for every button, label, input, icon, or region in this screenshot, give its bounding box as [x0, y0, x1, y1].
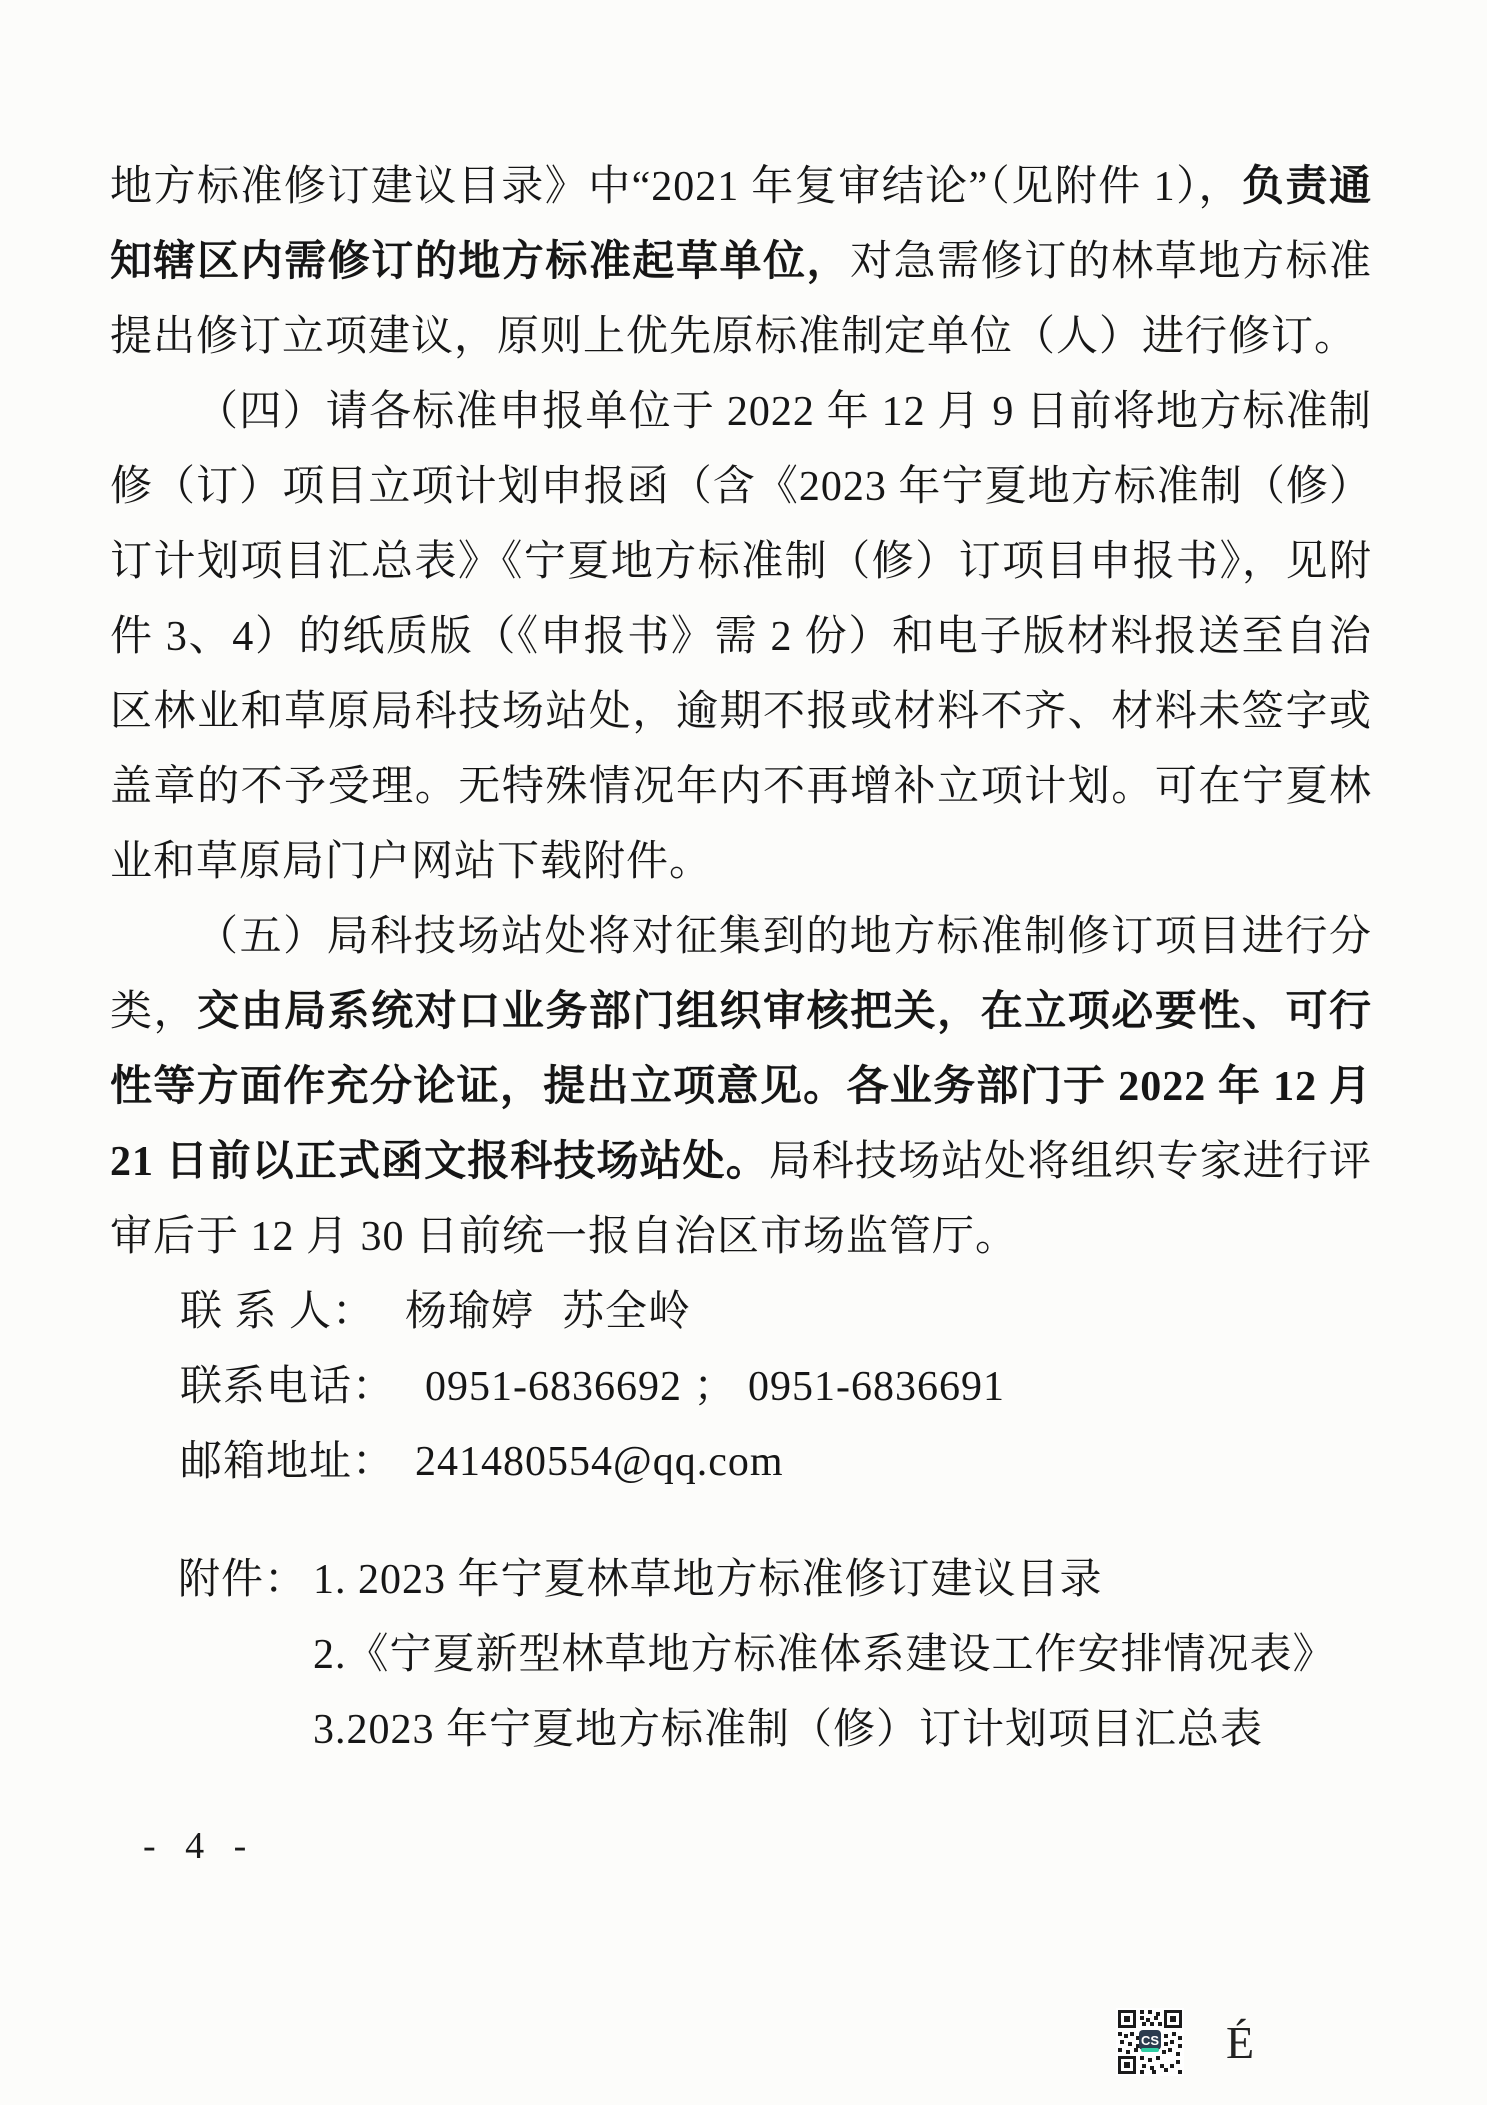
attachments-block: 附件： 1. 2023 年宁夏林草地方标准修订建议目录 2.《宁夏新型林草地方标…: [110, 1543, 1372, 1768]
attachment-item: 3.2023 年宁夏地方标准制（修）订计划项目汇总表: [313, 1693, 1372, 1768]
attachment-item: 1. 2023 年宁夏林草地方标准修订建议目录: [313, 1543, 1372, 1618]
paragraph-item-four: （四）请各标准申报单位于 2022 年 12 月 9 日前将地方标准制修（订）项…: [110, 375, 1372, 900]
attachments-label: 附件：: [178, 1543, 307, 1768]
contact-person-name: 苏全岭: [562, 1289, 691, 1335]
document-body: 地方标准修订建议目录》中“2021 年复审结论”（见附件 1），负责通知辖区内需…: [110, 150, 1372, 1768]
paragraph-text: 地方标准修订建议目录》中“2021 年复审结论”（见附件 1），: [110, 164, 1242, 210]
paragraph-item-five: （五）局科技场站处将对征集到的地方标准制修订项目进行分类，交由局系统对口业务部门…: [110, 900, 1372, 1275]
contact-person-name: 杨瑜婷: [405, 1289, 534, 1335]
attachments-list: 1. 2023 年宁夏林草地方标准修订建议目录 2.《宁夏新型林草地方标准体系建…: [313, 1543, 1372, 1768]
scanner-watermark: CS É: [1116, 2008, 1254, 2076]
contact-phone-label: 联系电话：: [180, 1364, 395, 1410]
document-page: 地方标准修订建议目录》中“2021 年复审结论”（见附件 1），负责通知辖区内需…: [0, 0, 1487, 2105]
contact-person-label: 联 系 人：: [180, 1289, 375, 1335]
contact-email-label: 邮箱地址：: [180, 1439, 395, 1485]
qr-code-icon: CS: [1116, 2008, 1184, 2076]
attachment-item: 2.《宁夏新型林草地方标准体系建设工作安排情况表》: [313, 1618, 1372, 1693]
contact-phone-line: 联系电话：0951-6836692 ； 0951-6836691: [110, 1350, 1372, 1425]
contact-email-line: 邮箱地址：241480554@qq.com: [110, 1425, 1372, 1500]
contact-person-line: 联 系 人：杨瑜婷苏全岭: [110, 1275, 1372, 1350]
cs-badge-icon: CS: [1139, 2030, 1161, 2052]
contact-phone-value: 0951-6836692 ； 0951-6836691: [425, 1364, 1005, 1410]
contact-email-value: 241480554@qq.com: [415, 1439, 784, 1485]
paragraph-continuation: 地方标准修订建议目录》中“2021 年复审结论”（见附件 1），负责通知辖区内需…: [110, 150, 1372, 375]
page-number: - 4 -: [143, 1824, 256, 1868]
svg-text:CS: CS: [1141, 2033, 1159, 2048]
scan-artifact-glyph: É: [1226, 2016, 1254, 2069]
